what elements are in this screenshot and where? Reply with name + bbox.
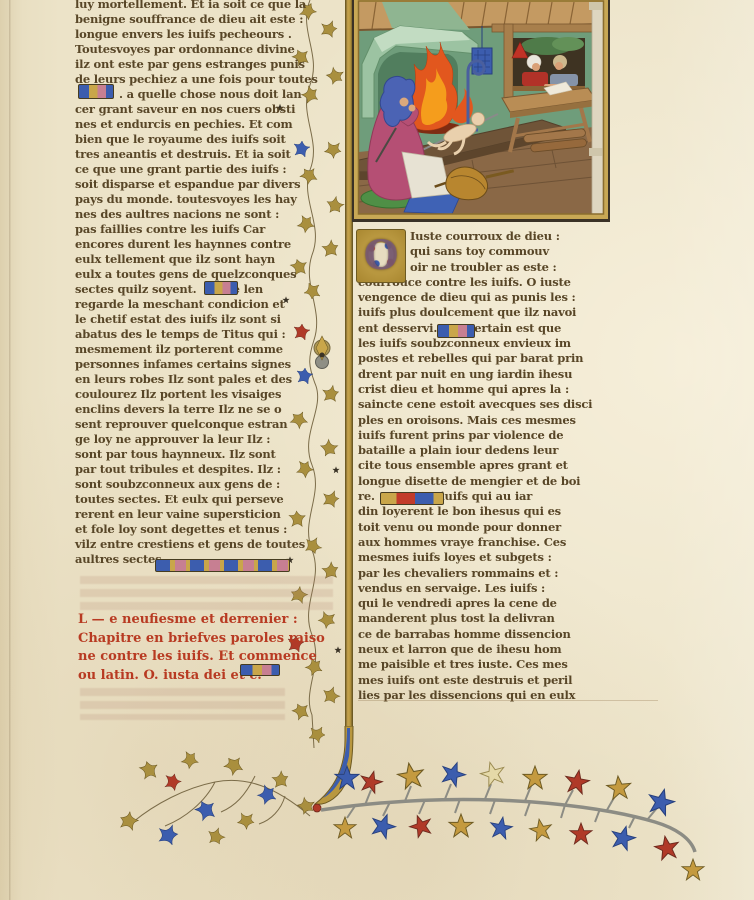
text-line: encores durent les haynnes contre — [75, 237, 338, 252]
text-line: sont par tous haynneux. Ilz sont — [75, 447, 338, 462]
text-line: iuifs plus doulcement que ilz navoi — [358, 305, 620, 320]
text-line: benigne souffrance de dieu ait este : — [75, 12, 338, 27]
manuscript-page: luy mortellement. Et ia soit ce que labe… — [0, 0, 754, 900]
text-line: crist dieu et homme qui apres la : — [358, 382, 620, 397]
text-line: enclins devers la terre Ilz ne se o — [75, 402, 338, 417]
text-line: ce que une grant partie des iuifs : — [75, 162, 338, 177]
line-filler — [437, 324, 475, 338]
text-line: eulx tellement que ilz sont hayn — [75, 252, 338, 267]
text-line: ilz ont este par gens estranges punis — [75, 57, 338, 72]
text-line: soit disparse et espandue par divers — [75, 177, 338, 192]
text-line: ent desservi. Certain est que — [358, 321, 620, 336]
text-line: par tout tribules et despites. Ilz : — [75, 462, 338, 477]
text-line: neux et larron que de ihesu hom — [358, 642, 620, 657]
text-line: vendus en servaige. Les iuifs : — [358, 581, 620, 596]
text-line: sont soubzconneux aux gens de : — [75, 477, 338, 492]
rubric-line: ou latin. O. iusta dei et c. — [78, 667, 348, 686]
onlooker-1 — [522, 72, 548, 86]
text-line: mesmement ilz porterent comme — [75, 342, 338, 357]
text-line: les iuifs soubzconneux envieux im — [358, 336, 620, 351]
illuminated-initial-O: O — [356, 229, 406, 283]
text-line: abatus des le temps de Titus qui : — [75, 327, 338, 342]
text-line: vengence de dieu qui as punis les : — [358, 290, 620, 305]
text-line: pays du monde. toutesvoyes les hay — [75, 192, 338, 207]
line-filler — [78, 84, 114, 99]
text-line: toit venu ou monde pour donner — [358, 520, 620, 535]
text-line: drent par nuit en ung iardin ihesu — [358, 367, 620, 382]
text-line: nes des aultres nacions ne sont : — [75, 207, 338, 222]
text-line: saincte cene estoit avecques ses disci — [358, 397, 620, 412]
wood-post — [504, 24, 513, 98]
text-line: luy mortellement. Et ia soit ce que la — [75, 0, 338, 12]
text-line: par les chevaliers rommains et : — [358, 566, 620, 581]
line-filler — [240, 664, 280, 676]
text-line: bien que le royaume des iuifs soit — [75, 132, 338, 147]
miniature-painting — [352, 0, 610, 222]
text-line: nes et endurcis en pechies. Et com — [75, 117, 338, 132]
ivy-border-bottom — [95, 726, 710, 886]
page-fold-line — [9, 0, 11, 900]
text-line: mesmes iuifs loyes et subgets : — [358, 550, 620, 565]
text-line: pas faillies contre les iuifs Car — [75, 222, 338, 237]
rubric-line: Chapitre en briefves paroles raiso — [78, 630, 348, 649]
text-line: qui le vendredi apres la cene de — [358, 596, 620, 611]
show-through-text — [80, 576, 333, 614]
text-line: le chetif estat des iuifs ilz sont si — [75, 312, 338, 327]
text-line: bataille a plain iour dedens leur — [358, 443, 620, 458]
initial-letter: O — [364, 232, 399, 280]
text-line: aux hommes vraye franchise. Ces — [358, 535, 620, 550]
text-line: tres aneantis et destruis. Et ia soit — [75, 147, 338, 162]
right-column: Iuste courroux de dieu :qui sans toy com… — [358, 229, 620, 703]
text-line: en leurs robes Ilz sont pales et des — [75, 372, 338, 387]
text-line: me paisible et tres iuste. Ces mes — [358, 657, 620, 672]
text-line: ge loy ne approuver la leur Ilz : — [75, 432, 338, 447]
text-line: sent reprouver quelconque estran — [75, 417, 338, 432]
text-line: postes et rebelles qui par barat prin — [358, 351, 620, 366]
text-line: iuifs furent prins par violence de — [358, 428, 620, 443]
text-line: . a quelle chose nous doit lan — [75, 87, 338, 102]
text-line: et fole loy sont degettes et tenus : — [75, 522, 338, 537]
stone-pilaster — [592, 2, 603, 214]
ruling-line — [358, 700, 658, 701]
line-filler — [155, 559, 290, 572]
rubric-chapter-heading: L — e neufiesme et derrenier :Chapitre e… — [78, 611, 348, 685]
text-line: cite tous ensemble apres grant et — [358, 458, 620, 473]
line-filler — [204, 281, 238, 295]
text-line: mes iuifs ont este destruis et peril — [358, 673, 620, 688]
text-line: cer grant saveur en nos cuers obsti — [75, 102, 338, 117]
text-line: Toutesvoyes par ordonnance divine — [75, 42, 338, 57]
rubric-line: ne contre les iuifs. Et commence — [78, 648, 348, 667]
text-line: personnes infames certains signes — [75, 357, 338, 372]
text-line: longue disette de mengier et de boi — [358, 474, 620, 489]
text-line: eulx a toutes gens de quelzconques — [75, 267, 338, 282]
text-line: ples en oroisons. Mais ces mesmes — [358, 413, 620, 428]
text-line: coulourez Ilz portent les visaiges — [75, 387, 338, 402]
show-through-text — [80, 688, 285, 720]
text-line: toutes sectes. Et eulx qui perseve — [75, 492, 338, 507]
text-line: longue envers les iuifs pecheours . — [75, 27, 338, 42]
text-line: rerent en leur vaine supersticion — [75, 507, 338, 522]
text-line: ce de barrabas homme dissencion — [358, 627, 620, 642]
text-line: din loyerent le bon ihesus qui es — [358, 504, 620, 519]
line-filler — [380, 492, 444, 505]
text-line: regarde la meschant condicion et — [75, 297, 338, 312]
text-line: manderent plus tost la delivran — [358, 611, 620, 626]
text-line: vilz entre crestiens et gens de toutes — [75, 537, 338, 552]
text-line: de leurs pechiez a une fois pour toutes — [75, 72, 338, 87]
